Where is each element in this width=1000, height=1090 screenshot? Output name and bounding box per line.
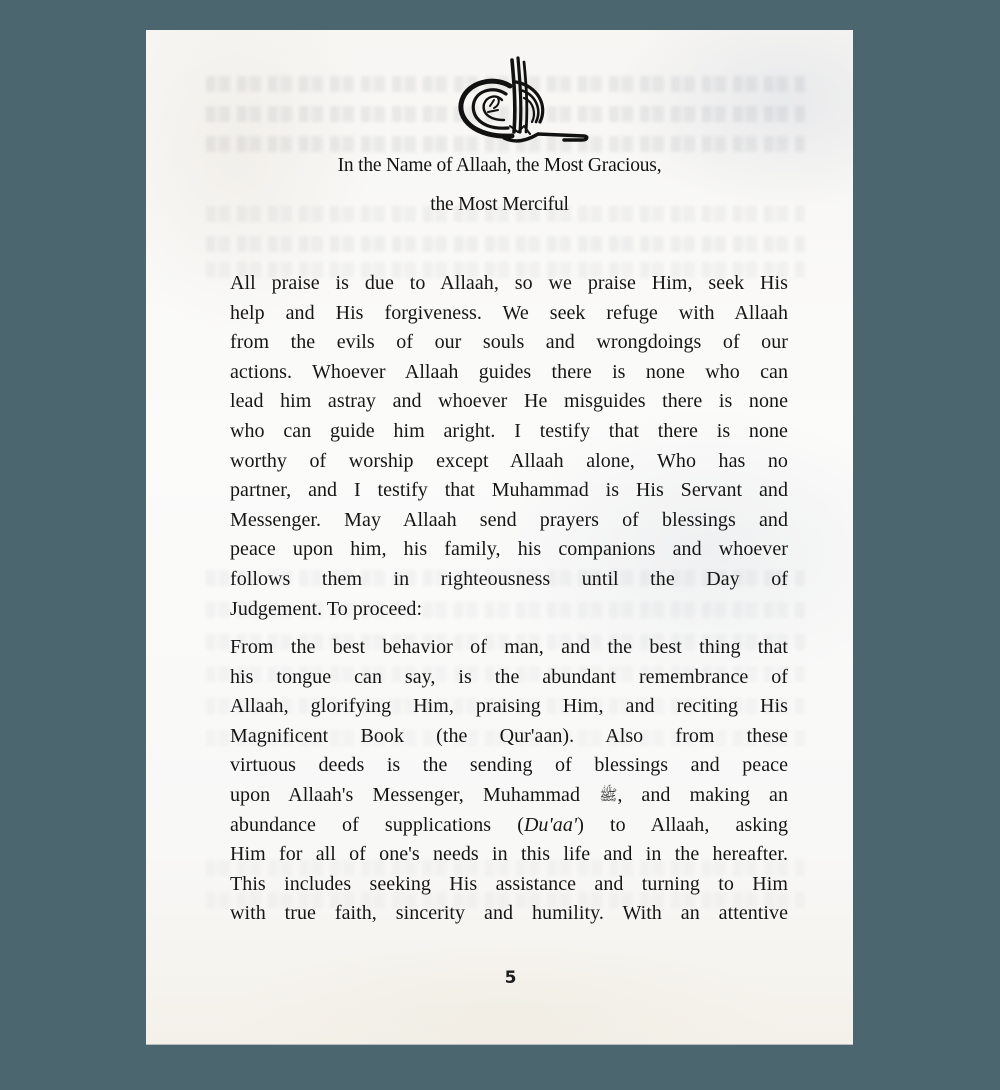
text-line: worthy of worship except Allaah alone, W… (230, 447, 788, 477)
page-number: 5 (146, 968, 853, 988)
text-line-with-salutation: upon Allaah's Messenger, Muhammad ﷺ, and… (230, 781, 788, 811)
text-line: This includes seeking His assistance and… (230, 870, 788, 900)
text-line: partner, and I testify that Muhammad is … (230, 476, 788, 506)
bleed-through-texture (206, 236, 806, 252)
text-line: follows them in righteousness until the … (230, 565, 788, 595)
text-segment: abundance of supplications ( (230, 814, 524, 836)
bismillah-calligraphy-icon (454, 56, 590, 144)
book-page: In the Name of Allaah, the Most Gracious… (146, 30, 853, 1044)
text-line: All praise is due to Allaah, so we prais… (230, 269, 788, 299)
text-line: Messenger. May Allaah send prayers of bl… (230, 506, 788, 536)
text-line: from the evils of our souls and wrongdoi… (230, 328, 788, 358)
text-segment: ) to Allaah, asking (577, 814, 788, 836)
text-line: actions. Whoever Allaah guides there is … (230, 358, 788, 388)
text-line: Magnificent Book (the Qur'aan). Also fro… (230, 722, 788, 752)
text-segment: , and making an (617, 784, 788, 806)
paragraph-2: From the best behavior of man, and the b… (230, 633, 788, 929)
text-line: virtuous deeds is the sending of blessin… (230, 751, 788, 781)
text-line: his tongue can say, is the abundant reme… (230, 663, 788, 693)
text-line: help and His forgiveness. We seek refuge… (230, 299, 788, 329)
heading-line-2: the Most Merciful (146, 194, 853, 216)
text-line-with-italic: abundance of supplications (Du'aa') to A… (230, 811, 788, 841)
text-line: Him for all of one's needs in this life … (230, 840, 788, 870)
text-segment: upon Allaah's Messenger, Muhammad (230, 784, 580, 806)
salutation-symbol-icon: ﷺ (599, 788, 617, 804)
paragraph-1: All praise is due to Allaah, so we prais… (230, 269, 788, 624)
text-line: lead him astray and whoever He misguides… (230, 387, 788, 417)
text-line: Allaah, glorifying Him, praising Him, an… (230, 692, 788, 722)
italic-term: Du'aa' (524, 814, 577, 836)
text-line: Judgement. To proceed: (230, 595, 788, 625)
text-line: with true faith, sincerity and humility.… (230, 899, 788, 929)
text-line: who can guide him aright. I testify that… (230, 417, 788, 447)
heading-line-1: In the Name of Allaah, the Most Gracious… (146, 155, 853, 177)
text-line: From the best behavior of man, and the b… (230, 633, 788, 663)
text-line: peace upon him, his family, his companio… (230, 535, 788, 565)
